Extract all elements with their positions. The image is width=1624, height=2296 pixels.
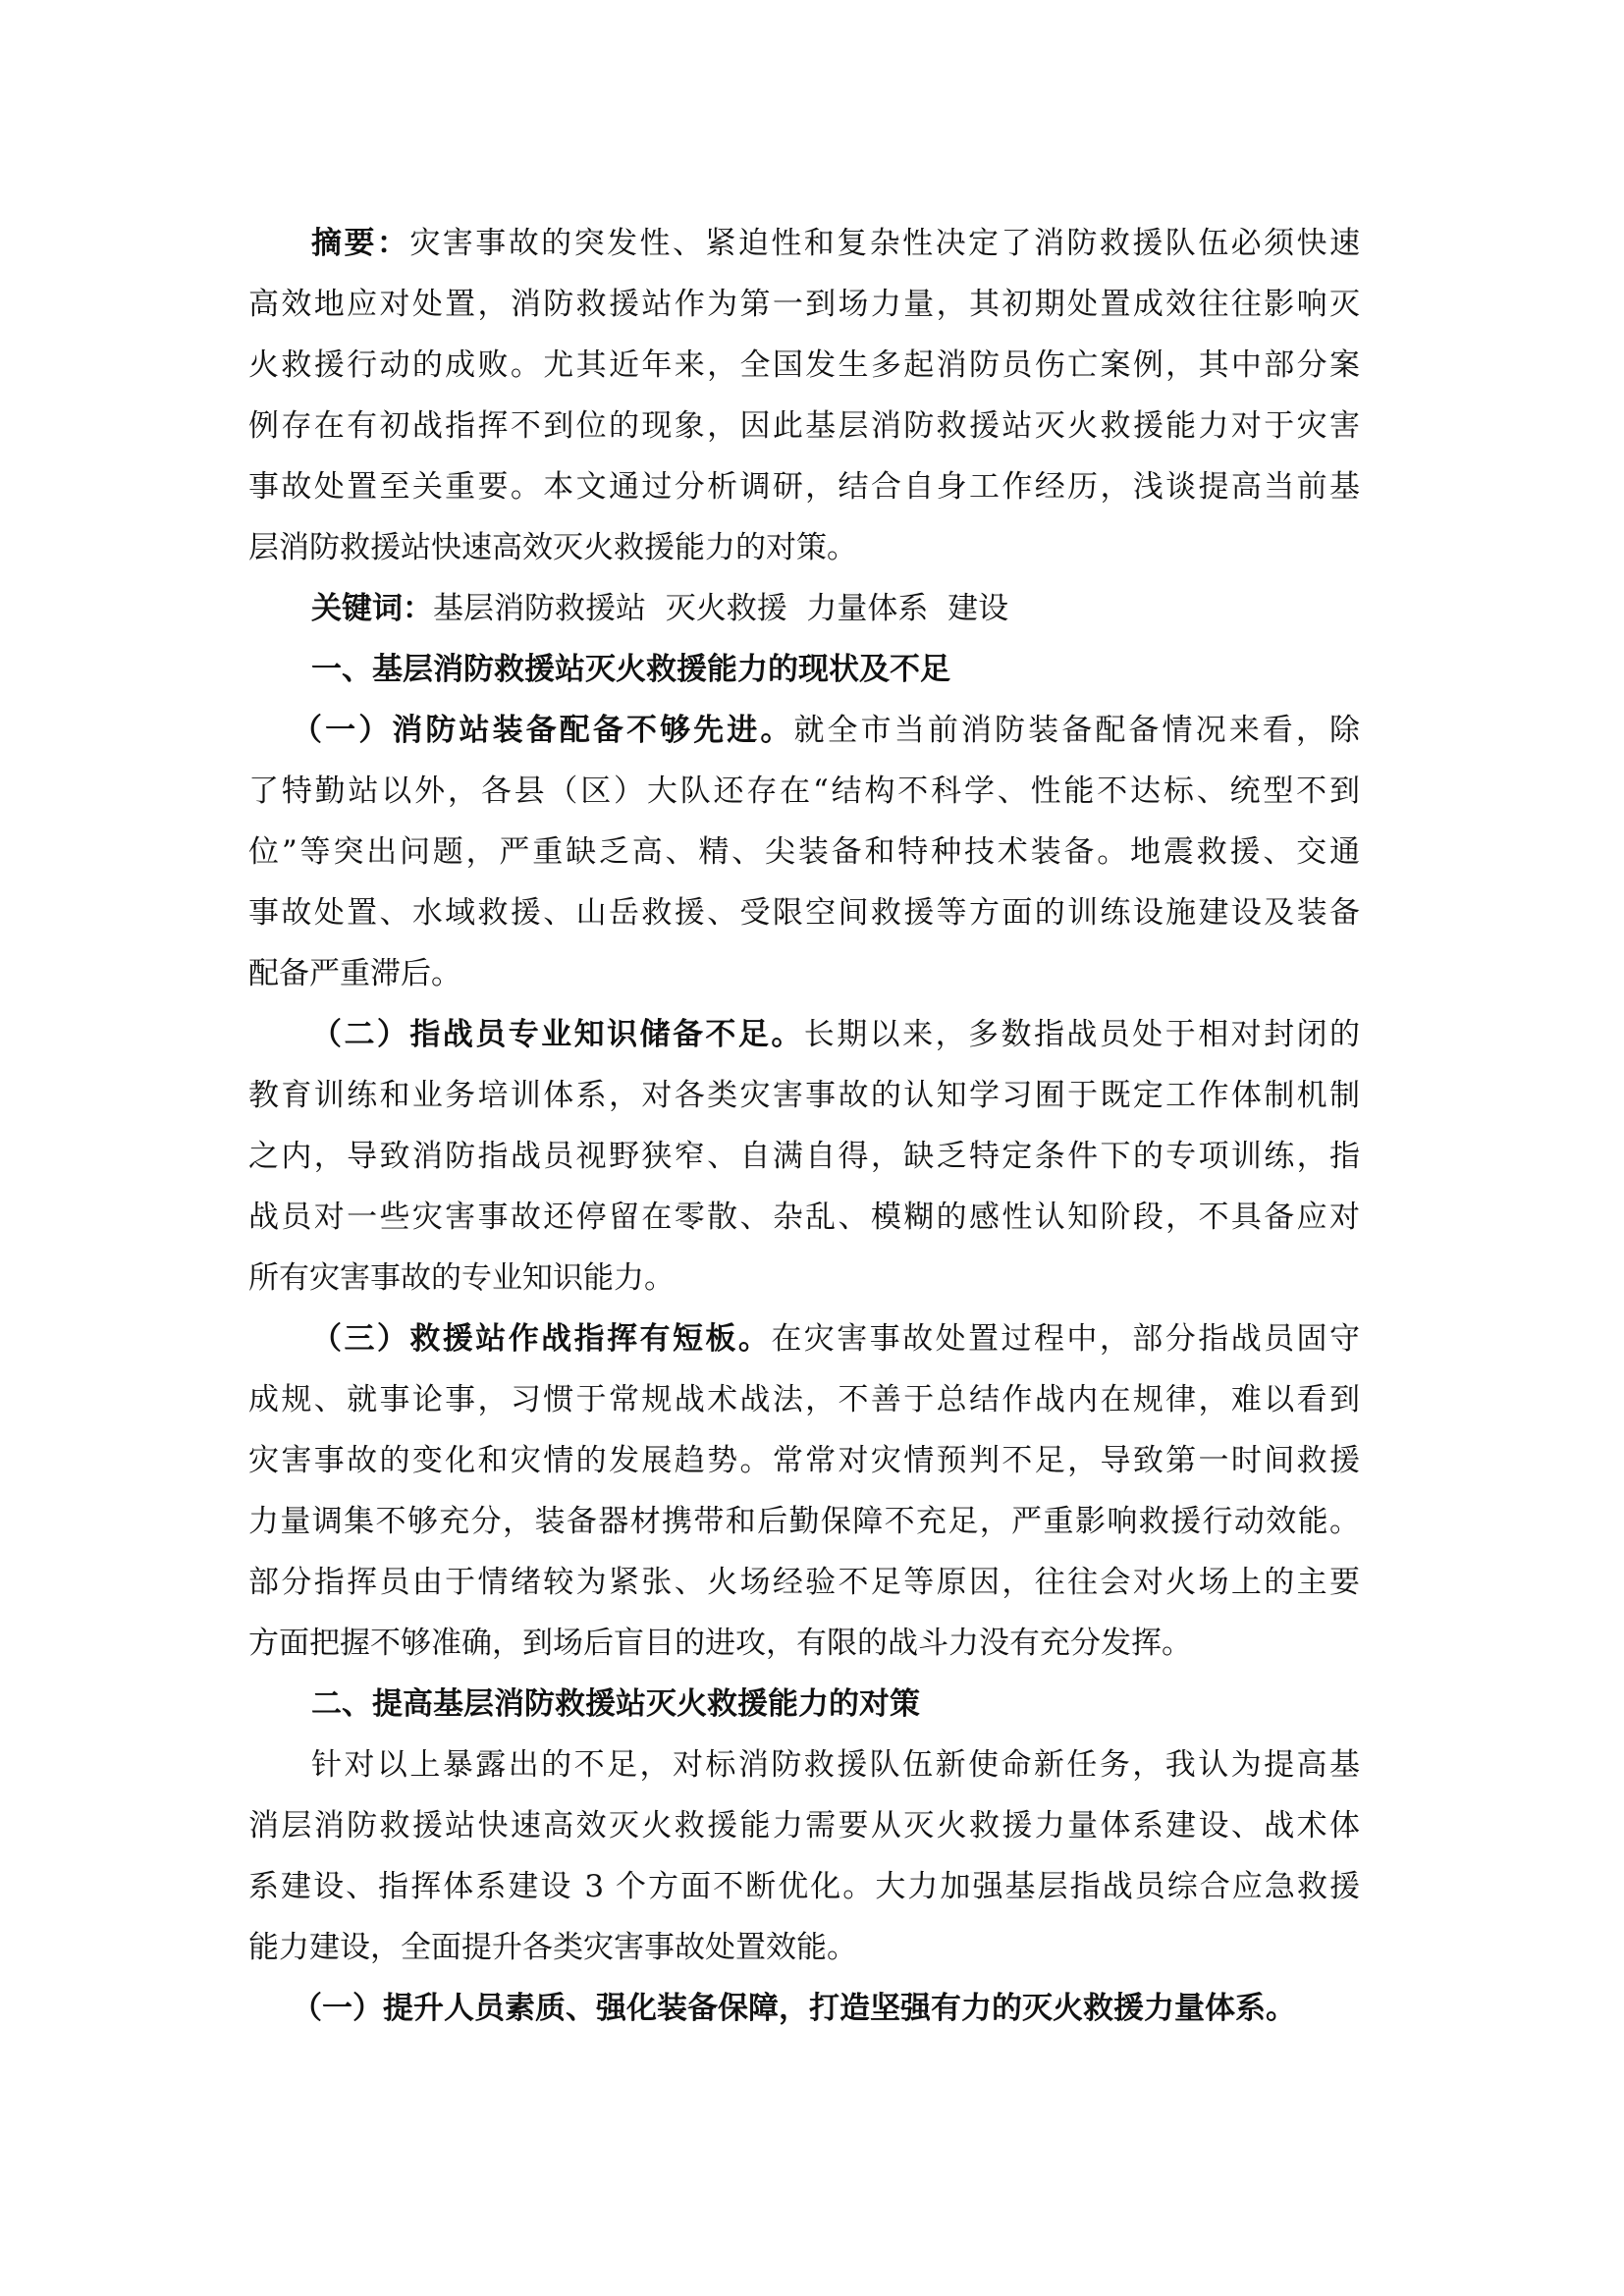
- section-1-item-1-line-1: （一）消防站装备配备不够先进。就全市当前消防装备配备情况来看，除: [248, 709, 1360, 770]
- keywords-label: 关键词：: [311, 591, 433, 626]
- document-page: 摘要：灾害事故的突发性、紧迫性和复杂性决定了消防救援队伍必须快速 高效地应对处置…: [248, 222, 1360, 2048]
- paragraph-line: 系建设、指挥体系建设 3 个方面不断优化。大力加强基层指战员综合应急救援: [248, 1865, 1360, 1926]
- keywords-text: 基层消防救援站 灭火救援 力量体系 建设: [433, 591, 1008, 626]
- abstract-line: 火救援行动的成败。尤其近年来，全国发生多起消防员伤亡案例，其中部分案: [248, 344, 1360, 404]
- paragraph-line: 了特勤站以外，各县（区）大队还存在“结构不科学、性能不达标、统型不到: [248, 770, 1360, 830]
- paragraph-line: 事故处置、水域救援、山岳救援、受限空间救援等方面的训练设施建设及装备: [248, 891, 1360, 952]
- section-2-title: 二、提高基层消防救援站灭火救援能力的对策: [248, 1682, 1360, 1743]
- section-1-item-2-line-1: （二）指战员专业知识储备不足。长期以来，多数指战员处于相对封闭的: [248, 1013, 1360, 1074]
- section-1-title: 一、基层消防救援站灭火救援能力的现状及不足: [248, 648, 1360, 709]
- item-heading: （一）消防站装备配备不够先进。: [292, 713, 793, 748]
- item-heading: （三）救援站作战指挥有短板。: [311, 1321, 771, 1357]
- paragraph-line: 配备严重滞后。: [248, 952, 1360, 1013]
- paragraph-line: 灾害事故的变化和灾情的发展趋势。常常对灾情预判不足，导致第一时间救援: [248, 1439, 1360, 1500]
- abstract-line: 事故处置至关重要。本文通过分析调研，结合自身工作经历，浅谈提高当前基: [248, 465, 1360, 526]
- abstract-line: 例存在有初战指挥不到位的现象，因此基层消防救援站灭火救援能力对于灾害: [248, 404, 1360, 465]
- abstract-line-1: 摘要：灾害事故的突发性、紧迫性和复杂性决定了消防救援队伍必须快速: [248, 222, 1360, 283]
- abstract-line: 层消防救援站快速高效灭火救援能力的对策。: [248, 526, 1360, 587]
- paragraph-line: 教育训练和业务培训体系，对各类灾害事故的认知学习囿于既定工作体制机制: [248, 1074, 1360, 1135]
- paragraph-line: 战员对一些灾害事故还停留在零散、杂乱、模糊的感性认知阶段，不具备应对: [248, 1196, 1360, 1256]
- paragraph-line: 所有灾害事故的专业知识能力。: [248, 1256, 1360, 1317]
- paragraph-line: 成规、就事论事，习惯于常规战术战法，不善于总结作战内在规律，难以看到: [248, 1378, 1360, 1439]
- section-2-sub-1-heading: （一）提升人员素质、强化装备保障，打造坚强有力的灭火救援力量体系。: [248, 1987, 1360, 2048]
- paragraph-line: 之内，导致消防指战员视野狭窄、自满自得，缺乏特定条件下的专项训练，指: [248, 1135, 1360, 1196]
- paragraph-line: 部分指挥员由于情绪较为紧张、火场经验不足等原因，往往会对火场上的主要: [248, 1561, 1360, 1622]
- paragraph-line: 消层消防救援站快速高效灭火救援能力需要从灭火救援力量体系建设、战术体: [248, 1804, 1360, 1865]
- paragraph-line: 能力建设，全面提升各类灾害事故处置效能。: [248, 1926, 1360, 1987]
- abstract-label: 摘要：: [311, 226, 409, 261]
- paragraph-line: 针对以上暴露出的不足，对标消防救援队伍新使命新任务，我认为提高基: [248, 1743, 1360, 1804]
- keywords: 关键词：基层消防救援站 灭火救援 力量体系 建设: [248, 587, 1360, 648]
- paragraph-line: 位”等突出问题，严重缺乏高、精、尖装备和特种技术装备。地震救援、交通: [248, 830, 1360, 891]
- section-1-item-3-line-1: （三）救援站作战指挥有短板。在灾害事故处置过程中，部分指战员固守: [248, 1317, 1360, 1378]
- abstract-line: 高效地应对处置，消防救援站作为第一到场力量，其初期处置成效往往影响灭: [248, 283, 1360, 344]
- paragraph-line: 力量调集不够充分，装备器材携带和后勤保障不充足，严重影响救援行动效能。: [248, 1500, 1360, 1561]
- paragraph-line: 方面把握不够准确，到场后盲目的进攻，有限的战斗力没有充分发挥。: [248, 1622, 1360, 1682]
- item-heading: （二）指战员专业知识储备不足。: [311, 1017, 804, 1052]
